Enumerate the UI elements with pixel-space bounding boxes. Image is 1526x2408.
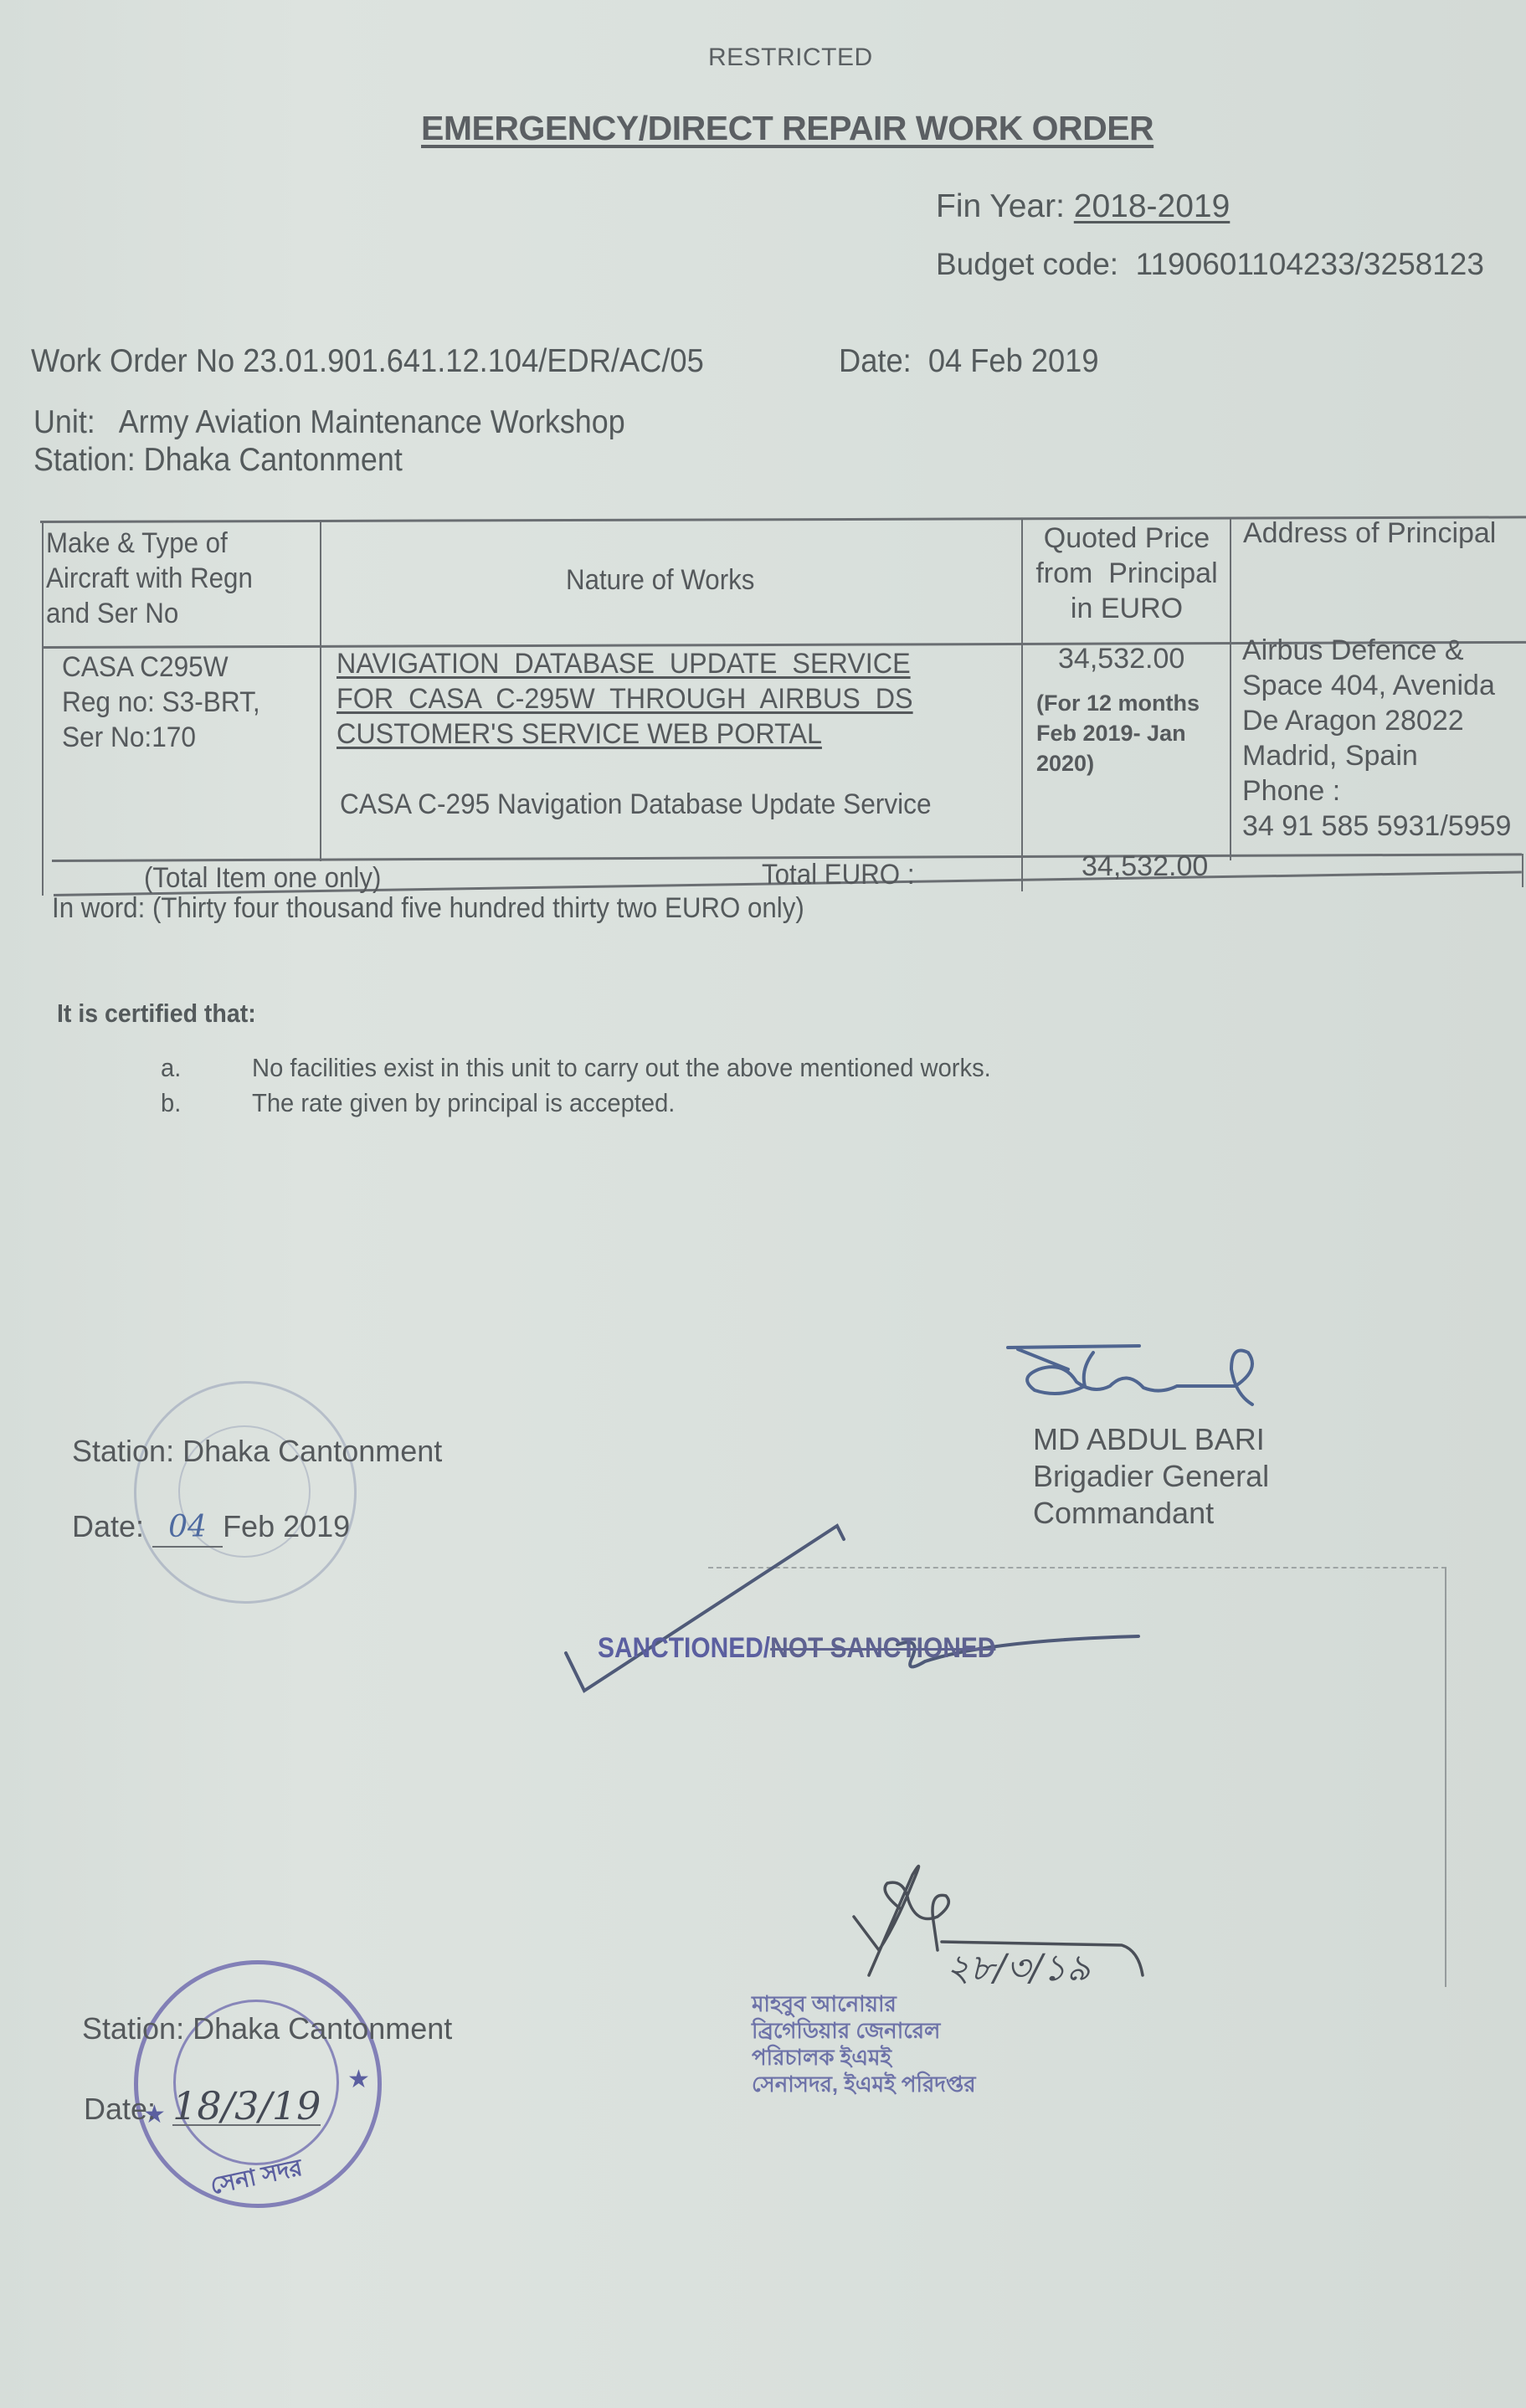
- price-note-line: (For 12 months: [1036, 688, 1200, 718]
- header-address-of-principal: Address of Principal: [1243, 516, 1496, 551]
- item-text: The rate given by principal is accepted.: [252, 1088, 675, 1117]
- unit: Unit: Army Aviation Maintenance Workshop: [33, 404, 625, 441]
- commandant-signature: [1001, 1336, 1277, 1420]
- item-marker: a.: [161, 1053, 252, 1083]
- work-order-value: 23.01.901.641.12.104/EDR/AC/05: [243, 343, 704, 379]
- table-row-price-note: (For 12 months Feb 2019- Jan 2020): [1036, 688, 1200, 778]
- budget-code: Budget code: 1190601104233/3258123: [936, 247, 1484, 282]
- document-title: EMERGENCY/DIRECT REPAIR WORK ORDER: [421, 109, 1153, 148]
- budget-code-value: 1190601104233/3258123: [1136, 247, 1484, 281]
- header-line: Aircraft with Regn: [46, 561, 253, 596]
- total-items-note: (Total Item one only): [144, 860, 381, 896]
- work-order-label: Work Order No: [31, 343, 234, 379]
- certification-item-b: b.The rate given by principal is accepte…: [161, 1088, 675, 1118]
- address-line: Phone :: [1242, 773, 1511, 809]
- table-row-address: Airbus Defence & Space 404, Avenida De A…: [1242, 633, 1511, 844]
- amount-in-words: In word: (Thirty four thousand five hund…: [52, 892, 804, 925]
- handwritten-day: 04: [152, 1509, 223, 1548]
- total-label: Total EURO :: [762, 857, 915, 892]
- certification-heading: It is certified that:: [57, 999, 256, 1029]
- date-rest: Feb 2019: [223, 1509, 350, 1543]
- table-col-divider-3: [1230, 517, 1231, 860]
- fin-year-label: Fin Year:: [936, 188, 1065, 224]
- header-nature-of-works: Nature of Works: [566, 562, 754, 598]
- nature-title-line: FOR CASA C-295W THROUGH AIRBUS DS: [337, 681, 984, 716]
- table-border-right: [1522, 854, 1523, 887]
- budget-code-label: Budget code:: [936, 247, 1118, 281]
- address-line: De Aragon 28022: [1242, 703, 1511, 738]
- header-quoted-price: Quoted Price from Principal in EURO: [1026, 521, 1227, 626]
- date-label: Date:: [84, 2092, 156, 2126]
- total-value: 34,532.00: [1082, 849, 1208, 884]
- table-col-divider-2: [1021, 519, 1023, 891]
- handwritten-date: 18/3/19: [172, 2087, 321, 2126]
- aircraft-ser-no: Ser No:170: [62, 720, 260, 755]
- header-make-type: Make & Type of Aircraft with Regn and Se…: [46, 526, 253, 631]
- unit-value: Army Aviation Maintenance Workshop: [119, 404, 625, 440]
- header-line: from Principal: [1026, 556, 1227, 591]
- stamp-line: মাহবুব আনোয়ার: [752, 1990, 976, 2017]
- address-line: Space 404, Avenida: [1242, 668, 1511, 703]
- date-value: 04 Feb 2019: [928, 343, 1099, 379]
- date-line-1: Date: 04Feb 2019: [72, 1508, 350, 1548]
- certification-item-a: a.No facilities exist in this unit to ca…: [161, 1053, 991, 1083]
- price-note-line: Feb 2019- Jan: [1036, 718, 1200, 748]
- director-stamp: মাহবুব আনোয়ার ব্রিগেডিয়ার জেনারেল পরিচ…: [752, 1990, 976, 2097]
- item-marker: b.: [161, 1088, 252, 1118]
- table-col-divider-1: [320, 522, 321, 861]
- table-row-price: 34,532.00: [1058, 641, 1184, 676]
- table-row-nature-description: CASA C-295 Navigation Database Update Se…: [340, 787, 932, 822]
- aircraft-type: CASA C295W: [62, 649, 260, 685]
- sanctioned-label: SANCTIONED/: [598, 1632, 770, 1664]
- classification-label: RESTRICTED: [708, 44, 873, 72]
- header-line: in EURO: [1026, 591, 1227, 626]
- table-border-left: [42, 522, 44, 896]
- nature-title-line: CUSTOMER'S SERVICE WEB PORTAL: [337, 716, 984, 752]
- header-line: and Ser No: [46, 596, 253, 631]
- work-order-number: Work Order No 23.01.901.641.12.104/EDR/A…: [31, 343, 704, 380]
- price-note-line: 2020): [1036, 748, 1200, 778]
- nature-title-line: NAVIGATION DATABASE UPDATE SERVICE: [337, 646, 984, 681]
- fin-year-value: 2018-2019: [1074, 188, 1231, 224]
- unit-seal-stamp: [134, 1381, 357, 1604]
- signatory-name: MD ABDUL BARI: [1033, 1421, 1269, 1458]
- stamp-line: ব্রিগেডিয়ার জেনারেল: [752, 2017, 976, 2044]
- date-line-2: Date: 18/3/19: [84, 2087, 321, 2128]
- table-row-nature-title: NAVIGATION DATABASE UPDATE SERVICE FOR C…: [337, 646, 984, 752]
- station: Station: Dhaka Cantonment: [33, 442, 403, 479]
- address-line: 34 91 585 5931/5959: [1242, 809, 1511, 844]
- signatory-rank: Brigadier General: [1033, 1458, 1269, 1495]
- header-line: Make & Type of: [46, 526, 253, 561]
- date-label: Date:: [72, 1509, 144, 1543]
- station-value: Dhaka Cantonment: [144, 442, 403, 478]
- work-order-date: Date: 04 Feb 2019: [839, 343, 1099, 380]
- address-line: Airbus Defence &: [1242, 633, 1511, 668]
- address-line: Madrid, Spain: [1242, 738, 1511, 773]
- item-text: No facilities exist in this unit to carr…: [252, 1053, 991, 1082]
- aircraft-reg-no: Reg no: S3-BRT,: [62, 685, 260, 720]
- station-line-2: Station: Dhaka Cantonment: [82, 2010, 452, 2047]
- stamp-line: পরিচালক ইএমই: [752, 2044, 976, 2071]
- table-row-make-type: CASA C295W Reg no: S3-BRT, Ser No:170: [62, 649, 260, 755]
- fin-year: Fin Year: 2018-2019: [936, 188, 1230, 225]
- station-label: Station:: [33, 442, 136, 478]
- approval-checkmark: [552, 1519, 1172, 1712]
- date-label: Date:: [839, 343, 912, 379]
- unit-label: Unit:: [33, 404, 95, 440]
- signatory-block: MD ABDUL BARI Brigadier General Commanda…: [1033, 1421, 1269, 1532]
- sanction-status: SANCTIONED/NOT SANCTIONED: [598, 1632, 995, 1665]
- station-line-1: Station: Dhaka Cantonment: [72, 1433, 442, 1470]
- not-sanctioned-label: NOT SANCTIONED: [770, 1632, 995, 1664]
- star-icon: ★: [347, 2065, 370, 2094]
- stamp-line: সেনাসদর, ইএমই পরিদপ্তর: [752, 2071, 976, 2097]
- header-line: Quoted Price: [1026, 521, 1227, 556]
